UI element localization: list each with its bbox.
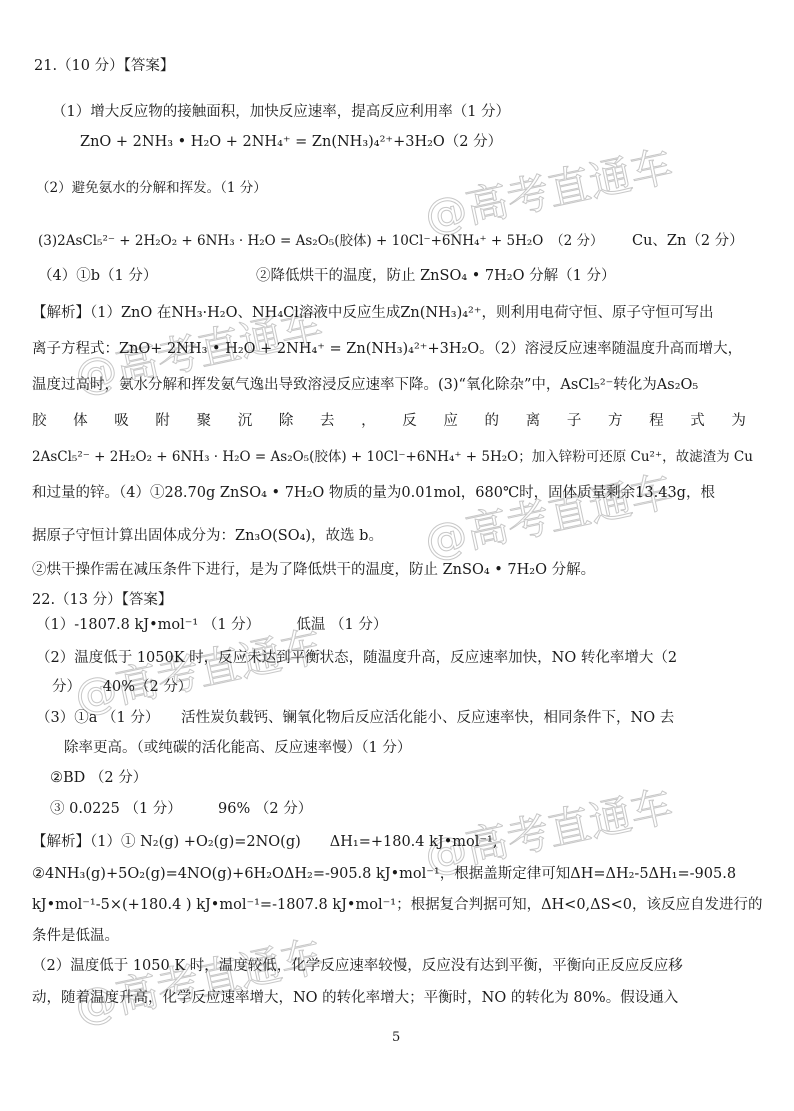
q21-answer-1-equation: ZnO + 2NH₃ • H₂O + 2NH₄⁺ = Zn(NH₃)₄²⁺+3H… [80, 132, 502, 152]
q21-answer-1: （1）增大反应物的接触面积，加快反应速率，提高反应利用率（1 分） [52, 102, 510, 122]
q22-header: 22.（13 分）【答案】 [32, 590, 172, 610]
q22-answer-3-line-1: （3）①a （1 分） 活性炭负载钙、镧氧化物后反应活化能小、反应速率快，相同条… [36, 708, 674, 728]
q22-answer-2-line-2: 分） 40%（2 分） [52, 677, 192, 697]
watermark: @高考直通车 [419, 458, 678, 569]
q22-answer-3-3: ③ 0.0225 （1 分） 96% （2 分） [50, 799, 312, 819]
q22-analysis-line: 条件是低温。 [32, 926, 119, 946]
q22-analysis-line: 动，随着温度升高，化学反应速率增大，NO 的转化率增大；平衡时，NO 的转化为 … [32, 988, 678, 1008]
q21-answer-3-equation: (3)2AsCl₅²⁻ + 2H₂O₂ + 6NH₃ · H₂O = As₂O₅… [38, 231, 603, 251]
q21-analysis-line: 温度过高时，氨水分解和挥发氨气逸出导致溶浸反应速率下降。(3)“氧化除杂”中，A… [32, 375, 698, 395]
q22-analysis-line: kJ•mol⁻¹-5×(+180.4 ) kJ•mol⁻¹=-1807.8 kJ… [32, 895, 762, 915]
q21-header: 21.（10 分）【答案】 [34, 56, 174, 76]
q22-answer-3-2: ②BD （2 分） [50, 768, 147, 788]
q22-answer-2-line-1: （2）温度低于 1050K 时，反应未达到平衡状态，随温度升高，反应速率加快，N… [36, 648, 677, 668]
q21-answer-4-2: ②降低烘干的温度，防止 ZnSO₄ • 7H₂O 分解（1 分） [256, 266, 615, 286]
q21-answer-2: （2）避免氨水的分解和挥发。（1 分） [36, 178, 267, 198]
q21-analysis-line: 离子方程式：ZnO+ 2NH₃ • H₂O + 2NH₄⁺ = Zn(NH₃)₄… [32, 339, 742, 359]
q21-analysis-line: 【解析】（1）ZnO 在NH₃·H₂O、NH₄Cl溶液中反应生成Zn(NH₃)₄… [32, 303, 714, 323]
q21-analysis-line: 和过量的锌。（4）①28.70g ZnSO₄ • 7H₂O 物质的量为0.01m… [32, 483, 715, 503]
q22-answer-1: （1）-1807.8 kJ•mol⁻¹ （1 分） 低温 （1 分） [36, 615, 387, 635]
q22-analysis-line: （2）温度低于 1050 K 时，温度较低，化学反应速率较慢，反应没有达到平衡，… [32, 956, 683, 976]
q21-analysis-line-justified: 胶体吸附聚沉除去，反应的离子方程式为 [32, 411, 746, 431]
q21-answer-3: Cu、Zn（2 分） [632, 231, 744, 251]
q21-analysis-line: 据原子守恒计算出固体成分为：Zn₃O(SO₄)，故选 b。 [32, 526, 383, 546]
q22-answer-3-line-2: 除率更高。（或纯碳的活化能高、反应速率慢）（1 分） [64, 738, 411, 758]
page-number: 5 [392, 1030, 400, 1045]
q22-analysis-line: ②4NH₃(g)+5O₂(g)=4NO(g)+6H₂OΔH₂=-905.8 kJ… [32, 864, 736, 884]
q21-analysis-line: ②烘干操作需在减压条件下进行，是为了降低烘干的温度，防止 ZnSO₄ • 7H₂… [32, 560, 595, 580]
q21-answer-4-1: （4）①b（1 分） [38, 266, 157, 286]
q21-analysis-line: 2AsCl₅²⁻ + 2H₂O₂ + 6NH₃ · H₂O = As₂O₅(胶体… [32, 447, 753, 467]
q22-analysis-line: 【解析】（1）① N₂(g) +O₂(g)=2NO(g) ΔH₁=+180.4 … [32, 832, 497, 852]
